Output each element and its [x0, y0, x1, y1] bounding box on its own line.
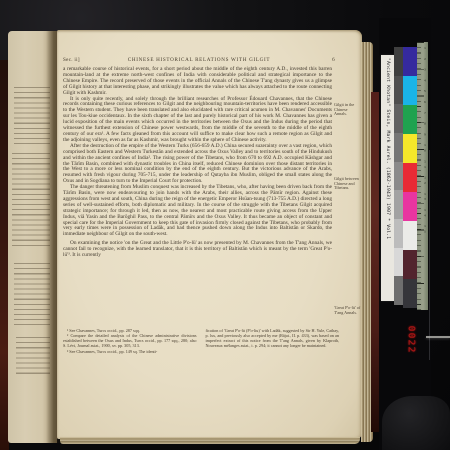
dark-cloth [382, 396, 450, 450]
ruler-numbers: 1 2 3 4 5 6 7 8 9 10 11 12 13 14 15 [423, 46, 427, 304]
footnote-continuation: fication of 'Great P'o-lü (P'o-liu)' wit… [206, 329, 340, 349]
color-patch [403, 47, 417, 76]
scanner-arm-edge [429, 150, 430, 360]
color-patch-column [403, 47, 417, 308]
color-patch [403, 279, 417, 308]
paragraph: On examining the notice 'on the Great an… [63, 241, 332, 259]
photo-background: Sec. ii] CHINESE HISTORICAL RELATIONS WI… [0, 0, 450, 450]
page-header: Sec. ii] CHINESE HISTORICAL RELATIONS WI… [63, 57, 335, 65]
color-calibration-target: "Ancient Khotan" Stein, Mark Aurel. (186… [381, 42, 428, 310]
color-patch [403, 134, 417, 163]
grayscale-wedge [394, 47, 403, 305]
color-patch [403, 221, 417, 250]
color-patch [403, 163, 417, 192]
page-bottom-edges [60, 437, 360, 444]
color-patch [403, 76, 417, 105]
color-patch [403, 192, 417, 221]
verso-blurred-text-block [14, 263, 50, 325]
gray-step [394, 104, 403, 133]
color-patch [403, 105, 417, 134]
gray-step [394, 47, 403, 76]
paragraph: a remarkable course of historical events… [63, 67, 332, 97]
verso-blurred-text-block [16, 337, 50, 377]
table-edge-highlight [426, 336, 450, 338]
footnote-column-right: fication of 'Great P'o-lü (P'o-liu)' wit… [206, 329, 340, 355]
gray-step [394, 76, 403, 105]
footnote: ² Compare the detailed analysis of the C… [63, 334, 197, 349]
margin-note: Gilgit between Chinese and Tibetans. [334, 177, 361, 191]
footnotes: ¹ See Chavannes, Turcs occid., pp. 287 s… [63, 329, 339, 355]
footnote: ³ See Chavannes, Turcs occid., pp. 149 s… [63, 350, 197, 355]
running-title: CHINESE HISTORICAL RELATIONS WITH GILGIT [63, 57, 335, 63]
paragraph: The danger threatening from Muslim conqu… [63, 185, 332, 238]
margin-note: Gilgit in the Chinese Annals. [334, 103, 361, 117]
frame-counter: 0022 [400, 315, 422, 363]
gray-step [394, 190, 403, 219]
spine-label-text: "Ancient Khotan" Stein, Mark Aurel. (186… [385, 55, 390, 301]
verso-blurred-text-block [12, 153, 50, 249]
body-text: a remarkable course of historical events… [63, 67, 332, 259]
margin-note: 'Great P'o-lü' of T'ang Annals. [334, 306, 361, 315]
book-page: Sec. ii] CHINESE HISTORICAL RELATIONS WI… [57, 30, 362, 439]
color-patch [403, 250, 417, 279]
gray-step [394, 219, 403, 248]
spine-label: "Ancient Khotan" Stein, Mark Aurel. (186… [381, 55, 394, 301]
verso-blurred-text-block [14, 87, 50, 145]
gray-step [394, 162, 403, 191]
cm-ruler: 1 2 3 4 5 6 7 8 9 10 11 12 13 14 15 [417, 42, 428, 310]
footnote-column-left: ¹ See Chavannes, Turcs occid., pp. 287 s… [63, 329, 197, 355]
paragraph: After the destruction of the empire of t… [63, 144, 332, 185]
gray-step [394, 133, 403, 162]
frame-counter-digits: 0022 [406, 325, 417, 353]
gray-step [394, 276, 403, 305]
page-number: 6 [332, 57, 335, 63]
gray-step [394, 248, 403, 277]
paragraph: It is only quite recently, and solely th… [63, 97, 332, 144]
